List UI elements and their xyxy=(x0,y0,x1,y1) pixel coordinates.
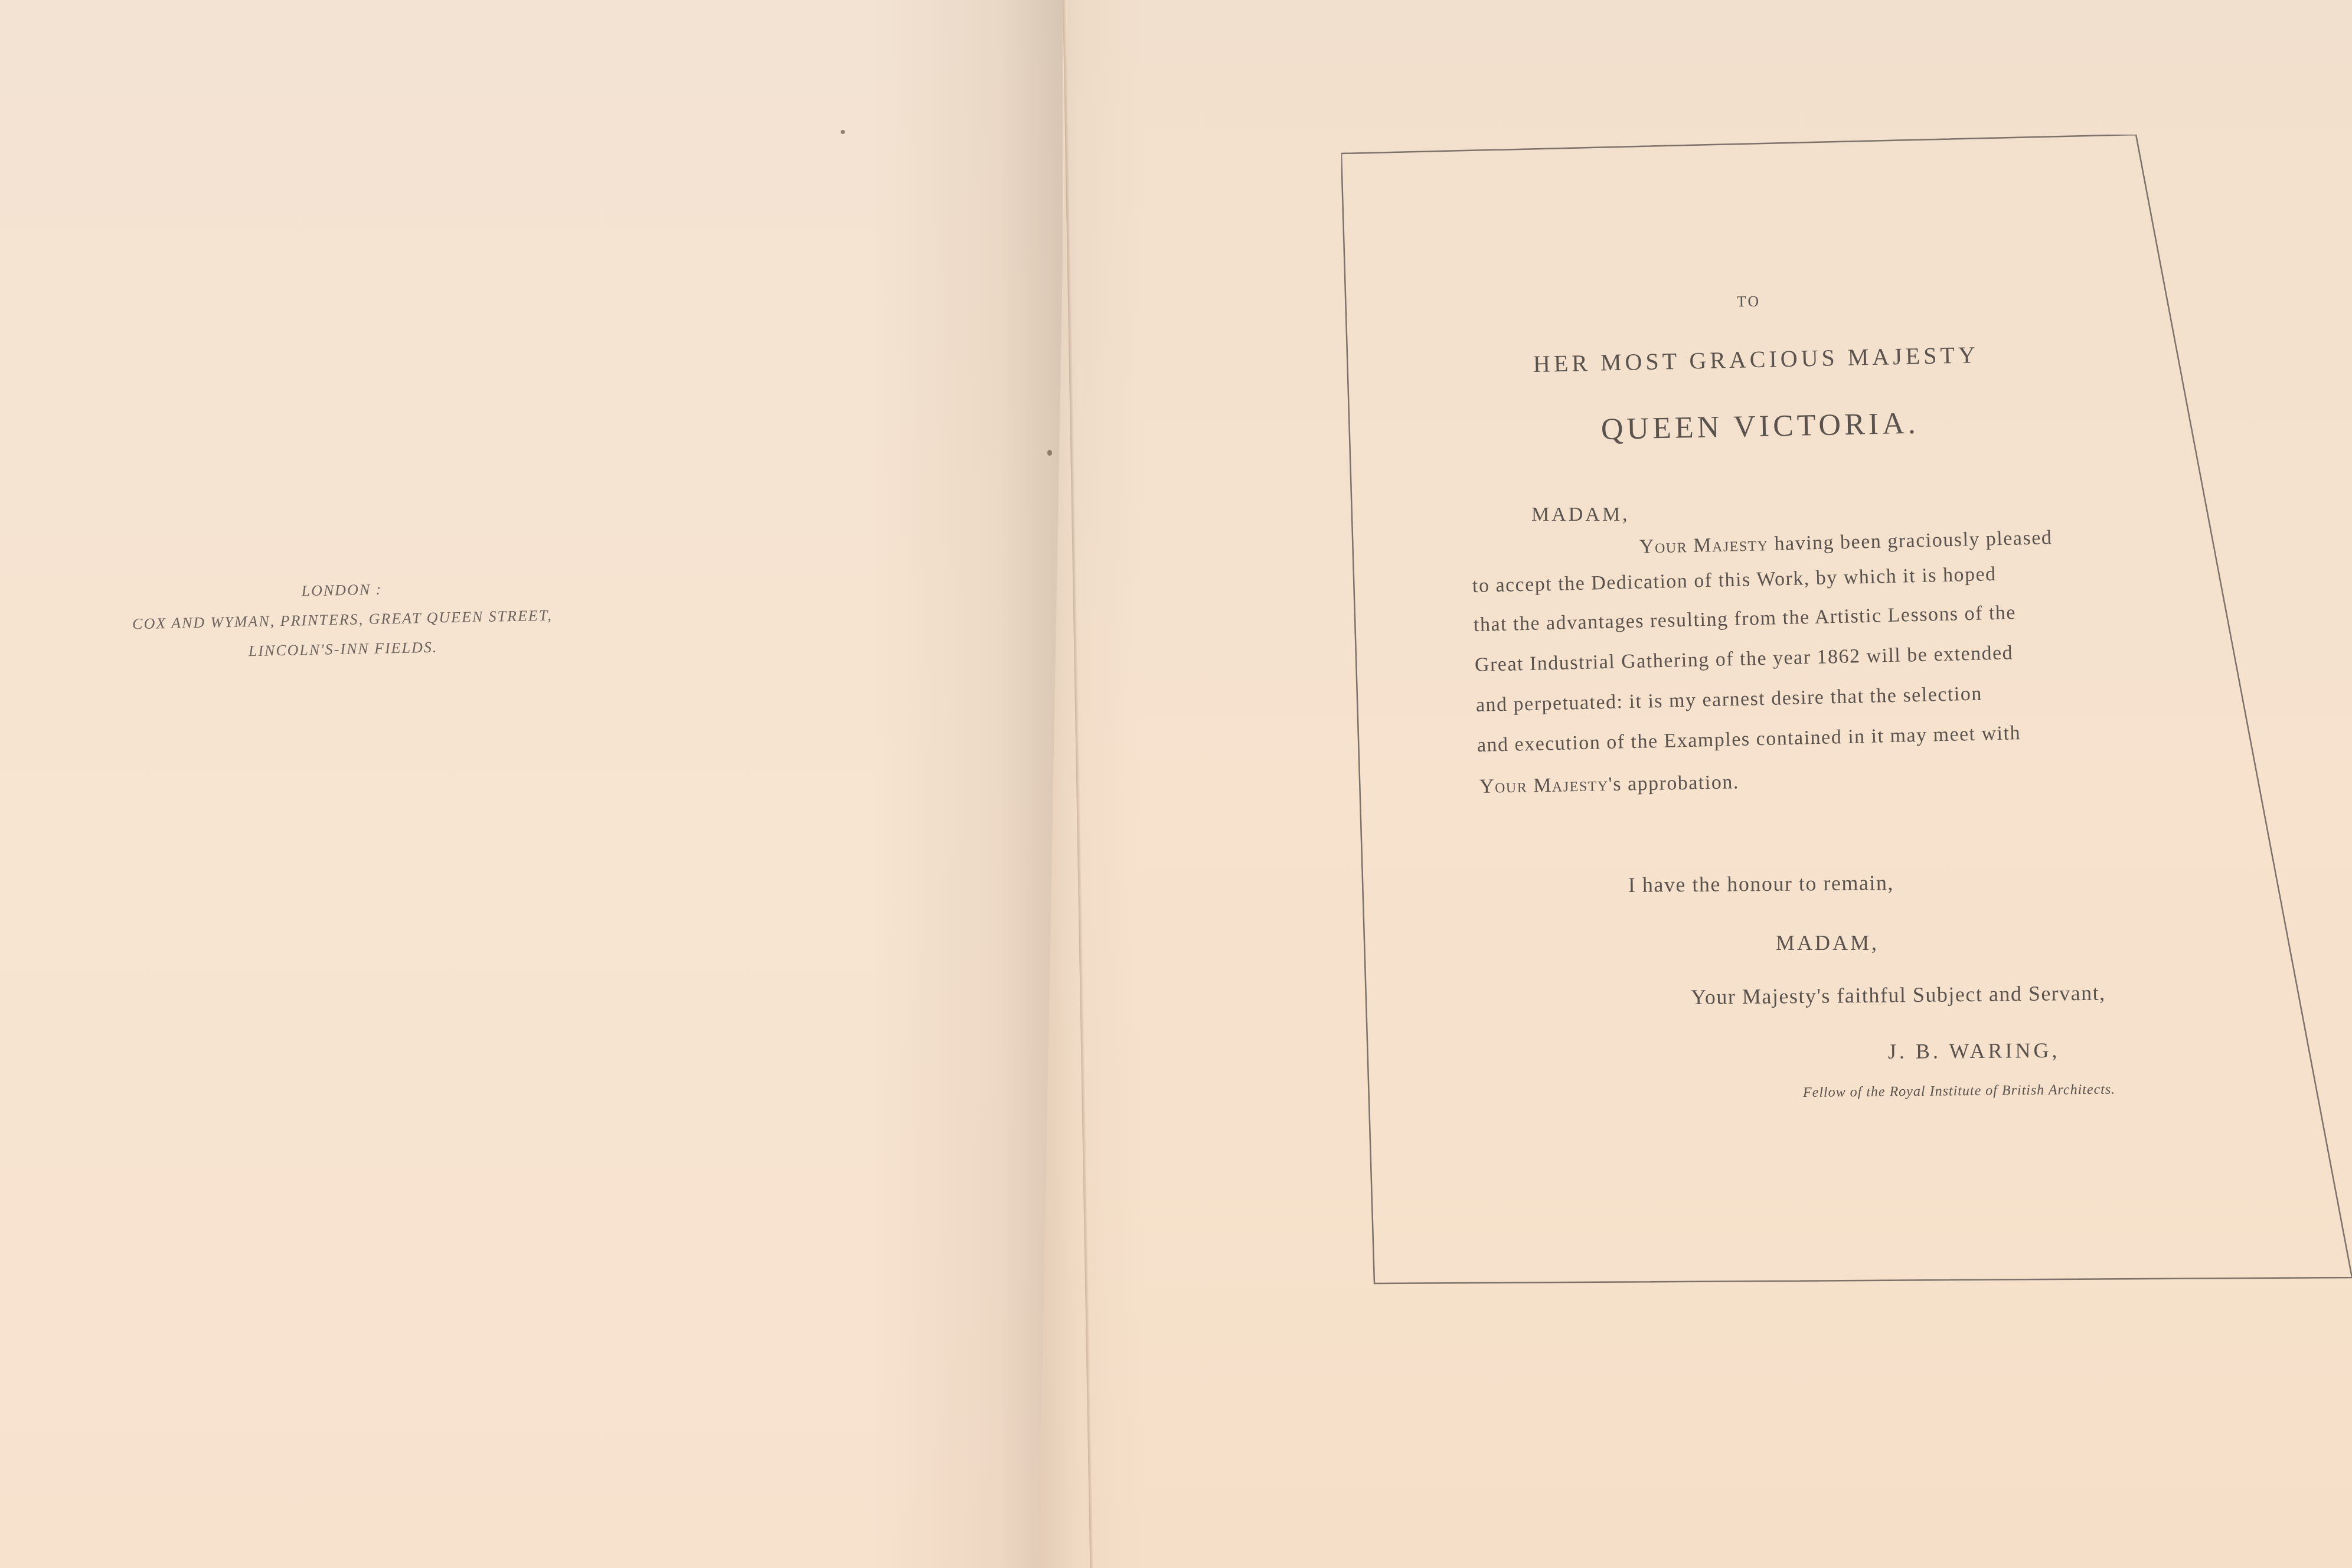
valediction: Your Majesty's faithful Subject and Serv… xyxy=(1691,981,2106,1010)
signature: J. B. WARING, xyxy=(1888,1038,2060,1064)
dedication-text: TO HER MOST GRACIOUS MAJESTY QUEEN VICTO… xyxy=(1341,135,2333,1281)
body-line: and perpetuated: it is my earnest desire… xyxy=(1476,683,1983,717)
dedication-frame: TO HER MOST GRACIOUS MAJESTY QUEEN VICTO… xyxy=(1341,135,2333,1281)
body-line: and execution of the Examples contained … xyxy=(1477,722,2021,757)
book-spread: LONDON : COX AND WYMAN, PRINTERS, GREAT … xyxy=(0,0,2352,1568)
paper-speck xyxy=(841,130,845,134)
closing-salutation: MADAM, xyxy=(1776,930,1879,955)
salutation: MADAM, xyxy=(1531,504,1630,526)
left-page: LONDON : COX AND WYMAN, PRINTERS, GREAT … xyxy=(0,0,1063,1568)
body-line: Your Majesty's approbation. xyxy=(1479,771,1740,798)
body-line: Your Majesty having been graciously plea… xyxy=(1639,527,2053,558)
credential: Fellow of the Royal Institute of British… xyxy=(1803,1082,2116,1101)
printer-imprint: LONDON : COX AND WYMAN, PRINTERS, GREAT … xyxy=(112,571,574,669)
body-line: to accept the Dedication of this Work, b… xyxy=(1472,563,1997,597)
addressee-line-2: QUEEN VICTORIA. xyxy=(1600,406,1919,447)
dedication-to: TO xyxy=(1737,293,1760,311)
body-line: Great Industrial Gathering of the year 1… xyxy=(1475,642,2014,677)
closing-line: I have the honour to remain, xyxy=(1628,870,1894,897)
paper-speck xyxy=(1047,450,1052,456)
addressee-line-1: HER MOST GRACIOUS MAJESTY xyxy=(1533,341,1979,378)
body-line: that the advantages resulting from the A… xyxy=(1474,602,2017,636)
